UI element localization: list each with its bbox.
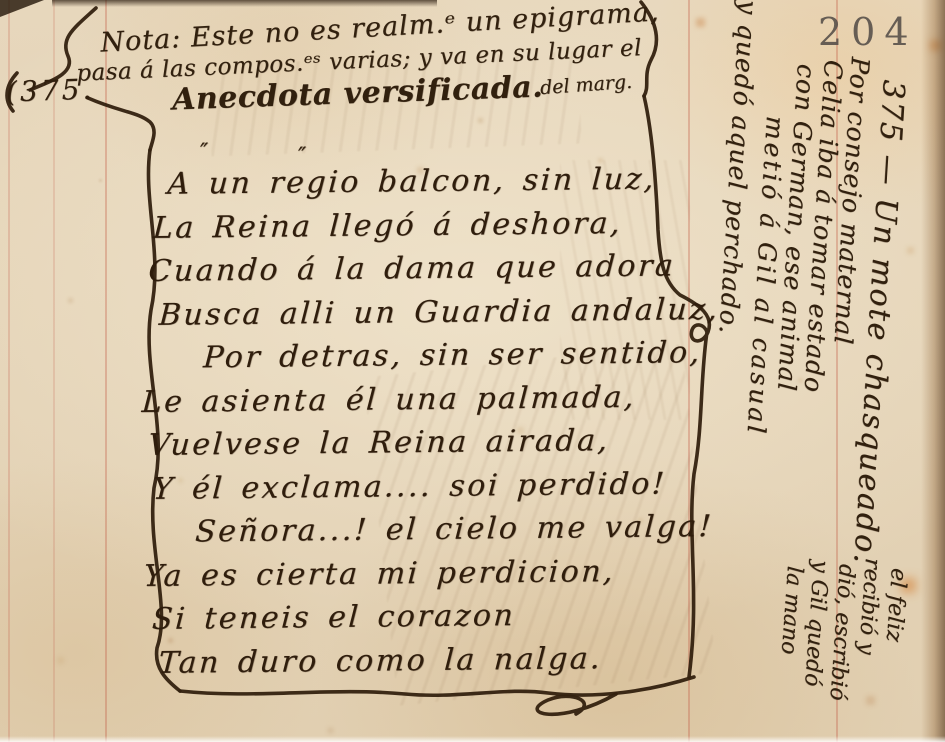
poem-line: Busca alli un Guardia andaluz, (158, 287, 721, 336)
poem-line: Vuelvese la Reina airada, (147, 418, 722, 468)
poem-line: Por detras, sin ser sentido, (202, 331, 721, 380)
poem-line: La Reina llegó á deshora, (152, 200, 720, 249)
poem-line: Si teneis el corazon (151, 592, 724, 642)
poem-text: A un regio balcon, sin luz, La Reina lle… (139, 157, 723, 685)
bottom-flourish (537, 694, 616, 714)
margin-note: 375 — Un mote chasqueado. Por consejo ma… (690, 0, 945, 742)
poem-line: A un regio balcon, sin luz, (166, 157, 719, 206)
poem-line: Ya es cierta mi perdicion, (142, 548, 723, 598)
poem-line: Cuando á la dama que adora (147, 244, 720, 294)
item-number: (375. (5, 72, 94, 108)
red-rule-line (53, 0, 55, 742)
red-rule-line (105, 0, 107, 742)
poem-line: Y él exclama.... soi perdido! (151, 461, 722, 510)
page-corner-shadow (0, 0, 44, 17)
poem-line: Tan duro como la nalga. (157, 635, 724, 684)
margin-note-extra: el feliz recibió y dió, escribió y Gil q… (781, 558, 911, 701)
poem-line: Señora...! el cielo me valga! (194, 505, 723, 554)
page-edge-shadow (52, 0, 437, 7)
poem-line: Le asienta él una palmada, (140, 374, 721, 424)
red-rule-line (8, 0, 10, 742)
margin-note-rotated: 375 — Un mote chasqueado. Por consejo ma… (690, 0, 945, 742)
ditto-mark: ″ (200, 140, 208, 165)
manuscript-page: Nota: Este no es realm.ᵉ un epigrama, pa… (0, 0, 945, 742)
title-swash (88, 98, 154, 150)
